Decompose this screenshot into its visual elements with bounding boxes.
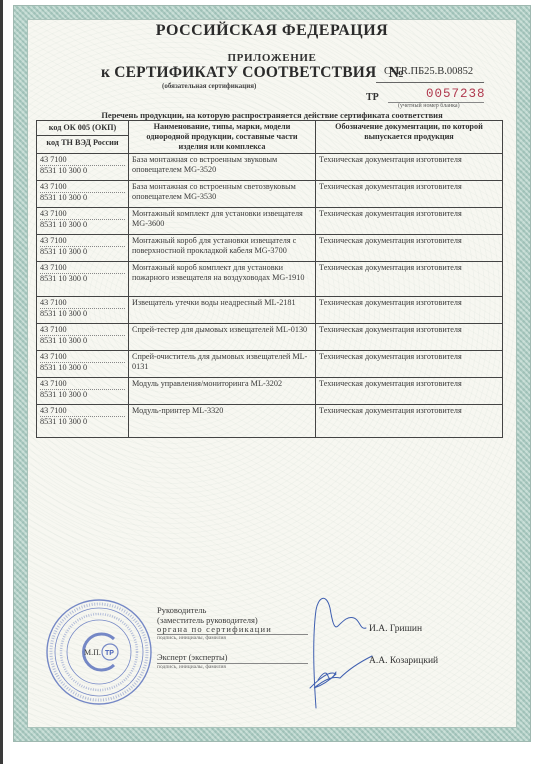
table-row: 43 71008531 10 300 0Извещатель утечки во… [37,297,503,324]
expert-signature-caption: подпись, инициалы, фамилия [157,664,226,670]
code-tn: 8531 10 300 0 [40,220,125,230]
cell-codes: 43 71008531 10 300 0 [37,324,129,351]
code-tn: 8531 10 300 0 [40,274,125,284]
expert-name: А.А. Козарицкий [369,656,438,666]
cell-product-name: Модуль-принтер ML-3320 [129,405,316,438]
cell-documentation: Техническая документация изготовителя [316,154,503,181]
mandatory-note: (обязательная сертификация) [162,82,256,90]
blank-serial-number: 0057238 [426,87,486,101]
handwritten-signatures [290,590,380,710]
cell-product-name: Модуль управления/мониторинга ML-3202 [129,378,316,405]
products-table: код ОК 005 (ОКП) код ТН ВЭД России Наиме… [36,120,503,438]
cell-codes: 43 71008531 10 300 0 [37,181,129,208]
cell-product-name: Извещатель утечки воды неадресный ML-218… [129,297,316,324]
cell-documentation: Техническая документация изготовителя [316,262,503,297]
code-tn: 8531 10 300 0 [40,247,125,257]
cell-product-name: Монтажный короб для установки извещателя… [129,235,316,262]
head-name: И.А. Гришин [369,624,422,634]
country-title: РОССИЙСКАЯ ФЕДЕРАЦИЯ [0,22,544,40]
cell-codes: 43 71008531 10 300 0 [37,154,129,181]
certificate-title: к СЕРТИФИКАТУ СООТВЕТСТВИЯ № [101,64,404,82]
cell-documentation: Техническая документация изготовителя [316,208,503,235]
code-tn: 8531 10 300 0 [40,390,125,400]
svg-text:ТР: ТР [105,650,114,657]
cell-documentation: Техническая документация изготовителя [316,351,503,378]
code-okp: 43 7100 [40,406,125,417]
cell-product-name: Спрей-очиститель для дымовых извещателей… [129,351,316,378]
code-tn: 8531 10 300 0 [40,417,125,427]
table-row: 43 71008531 10 300 0Модуль управления/мо… [37,378,503,405]
table-row: 43 71008531 10 300 0Спрей-тестер для дым… [37,324,503,351]
header-docs: Обозначение документации, по которой вып… [316,121,503,154]
certificate-number-underline [376,82,484,83]
code-okp: 43 7100 [40,298,125,309]
product-list-title: Перечень продукции, на которую распростр… [0,110,544,120]
cell-product-name: Спрей-тестер для дымовых извещателей ML-… [129,324,316,351]
table-row: 43 71008531 10 300 0Монтажный короб для … [37,235,503,262]
code-tn: 8531 10 300 0 [40,166,125,176]
table-row: 43 71008531 10 300 0Модуль-принтер ML-33… [37,405,503,438]
certificate-number: С-TR.ПБ25.В.00852 [384,66,473,77]
code-okp: 43 7100 [40,263,125,274]
head-signature-caption: подпись, инициалы, фамилия [157,635,226,641]
code-okp: 43 7100 [40,352,125,363]
table-row: 43 71008531 10 300 0База монтажная со вс… [37,154,503,181]
header-code-tn: код ТН ВЭД России [37,136,128,150]
cell-product-name: База монтажная со встроенным звуковым оп… [129,154,316,181]
code-okp: 43 7100 [40,379,125,390]
certificate-title-text: к СЕРТИФИКАТУ СООТВЕТСТВИЯ [101,64,376,81]
cell-product-name: База монтажная со встроенным светозвуков… [129,181,316,208]
cell-codes: 43 71008531 10 300 0 [37,378,129,405]
table-row: 43 71008531 10 300 0Спрей-очиститель для… [37,351,503,378]
cell-codes: 43 71008531 10 300 0 [37,351,129,378]
cell-documentation: Техническая документация изготовителя [316,235,503,262]
header-codes: код ОК 005 (ОКП) код ТН ВЭД России [37,121,129,154]
code-tn: 8531 10 300 0 [40,309,125,319]
code-okp: 43 7100 [40,209,125,220]
cell-documentation: Техническая документация изготовителя [316,297,503,324]
expert-role: Эксперт (эксперты) [157,652,228,662]
code-okp: 43 7100 [40,182,125,193]
stamp-label: М.П. [84,648,101,657]
cell-documentation: Техническая документация изготовителя [316,405,503,438]
table-header-row: код ОК 005 (ОКП) код ТН ВЭД России Наиме… [37,121,503,154]
cell-codes: 43 71008531 10 300 0 [37,235,129,262]
cell-codes: 43 71008531 10 300 0 [37,405,129,438]
table-row: 43 71008531 10 300 0База монтажная со вс… [37,181,503,208]
code-okp: 43 7100 [40,236,125,247]
serial-caption: (учетный номер бланка) [398,103,460,109]
seal-stamp: М.П. ТР [44,597,154,707]
cell-documentation: Техническая документация изготовителя [316,378,503,405]
cell-codes: 43 71008531 10 300 0 [37,262,129,297]
header-name: Наименование, типы, марки, модели одноро… [129,121,316,154]
cell-documentation: Техническая документация изготовителя [316,181,503,208]
code-tn: 8531 10 300 0 [40,336,125,346]
table-row: 43 71008531 10 300 0Монтажный короб комп… [37,262,503,297]
appendix-title: ПРИЛОЖЕНИЕ [0,52,544,64]
cell-codes: 43 71008531 10 300 0 [37,208,129,235]
code-okp: 43 7100 [40,325,125,336]
cell-product-name: Монтажный короб комплект для установки п… [129,262,316,297]
cell-documentation: Техническая документация изготовителя [316,324,503,351]
code-okp: 43 7100 [40,155,125,166]
code-tn: 8531 10 300 0 [40,363,125,373]
cell-product-name: Монтажный комплект для установки извещат… [129,208,316,235]
header-code-okp: код ОК 005 (ОКП) [37,121,128,136]
head-role: Руководитель (заместитель руководителя) … [157,606,272,635]
cell-codes: 43 71008531 10 300 0 [37,297,129,324]
table-row: 43 71008531 10 300 0Монтажный комплект д… [37,208,503,235]
tp-label: ТР [366,92,379,103]
code-tn: 8531 10 300 0 [40,193,125,203]
